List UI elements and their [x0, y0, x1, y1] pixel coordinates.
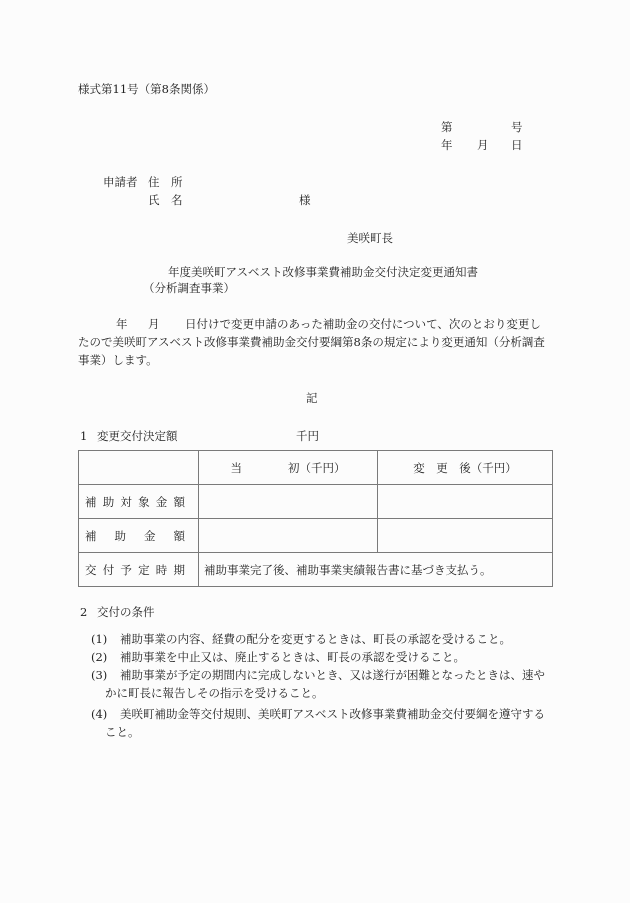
- condition-4-text-line2: こと。: [105, 725, 140, 739]
- row-label-subsidy-target: 補 助 対 象 金 額: [79, 485, 199, 519]
- table-row: 補 助 金 額: [79, 519, 553, 553]
- label-char: 定: [138, 562, 150, 578]
- table-row: 補 助 対 象 金 額: [79, 485, 553, 519]
- condition-3-number: (3): [91, 668, 107, 682]
- cell-target-original[interactable]: [199, 485, 378, 519]
- label-char: 時: [156, 562, 168, 578]
- label-char: 助: [103, 494, 115, 510]
- body-year: 年: [116, 317, 128, 331]
- name-label: 氏 名: [148, 193, 183, 207]
- cell-target-changed[interactable]: [378, 485, 553, 519]
- cell-amount-original[interactable]: [199, 519, 378, 553]
- body-line2: たので美咲町アスベスト改修事業費補助金交付要綱第8条の規定により変更通知（分析調…: [78, 335, 545, 349]
- label-char: 金: [144, 528, 156, 544]
- doc-number-go: 号: [511, 120, 523, 134]
- table-header-blank: [79, 451, 199, 485]
- body-line1: 日付けで変更申請のあった補助金の交付について、次のとおり変更し: [185, 317, 541, 331]
- condition-2-number: (2): [91, 650, 107, 664]
- issuer: 美咲町長: [347, 231, 393, 245]
- label-char: 金: [156, 494, 168, 510]
- label-char: 額: [173, 494, 185, 510]
- row-label-payment-schedule: 交 付 予 定 時 期: [79, 553, 199, 587]
- cell-payment-schedule: 補助事業完了後、補助事業実績報告書に基づき支払う。: [199, 553, 553, 587]
- label-char: 象: [138, 494, 150, 510]
- section1-number: 1: [80, 429, 87, 443]
- section1-unit: 千円: [296, 429, 319, 443]
- form-number: 様式第11号（第8条関係）: [78, 82, 215, 96]
- date-year: 年: [441, 138, 453, 152]
- row-label-subsidy-amount: 補 助 金 額: [79, 519, 199, 553]
- table-row: 交 付 予 定 時 期 補助事業完了後、補助事業実績報告書に基づき支払う。: [79, 553, 553, 587]
- body-line3: 事業）します。: [78, 353, 158, 367]
- label-char: 交: [85, 562, 97, 578]
- condition-2-text: 補助事業を中止又は、廃止するときは、町長の承認を受けること。: [120, 650, 465, 664]
- date-month: 月: [477, 138, 489, 152]
- doc-number-dai: 第: [441, 120, 453, 134]
- condition-3-text-line1: 補助事業が予定の期間内に完成しないとき、又は遂行が困難となったときは、速や: [120, 668, 545, 682]
- cell-amount-changed[interactable]: [378, 519, 553, 553]
- label-char: 助: [115, 528, 127, 544]
- ki-heading: 記: [306, 391, 318, 405]
- label-char: 補: [85, 494, 97, 510]
- section2-title: 交付の条件: [97, 605, 155, 619]
- condition-3-text-line2: かに町長に報告しその指示を受けること。: [105, 686, 324, 700]
- condition-4-text-line1: 美咲町補助金等交付規則、美咲町アスベスト改修事業費補助金交付要綱を遵守する: [120, 707, 545, 721]
- table-header-changed: 変 更 後（千円）: [378, 451, 553, 485]
- condition-4-number: (4): [91, 707, 107, 721]
- table-header-original: 当 初（千円）: [199, 451, 378, 485]
- label-char: 期: [173, 562, 185, 578]
- section1-title: 変更交付決定額: [97, 429, 178, 443]
- section2-number: 2: [80, 605, 87, 619]
- body-month: 月: [148, 317, 160, 331]
- label-char: 補: [85, 528, 97, 544]
- document-title: 年度美咲町アスベスト改修事業費補助金交付決定変更通知書: [168, 265, 478, 279]
- label-char: 対: [120, 494, 132, 510]
- document-subtitle: （分析調査事業）: [143, 281, 235, 295]
- table-header-row: 当 初（千円） 変 更 後（千円）: [79, 451, 553, 485]
- label-char: 付: [103, 562, 115, 578]
- condition-1-number: (1): [91, 632, 107, 646]
- applicant-label: 申請者: [103, 175, 138, 189]
- condition-1-text: 補助事業の内容、経費の配分を変更するときは、町長の承認を受けること。: [120, 632, 511, 646]
- amount-table: 当 初（千円） 変 更 後（千円） 補 助 対 象 金 額 補 助 金 額 交 …: [78, 450, 553, 587]
- honorific: 様: [299, 193, 311, 207]
- address-label: 住 所: [148, 175, 183, 189]
- label-char: 額: [174, 528, 186, 544]
- date-day: 日: [511, 138, 523, 152]
- label-char: 予: [120, 562, 132, 578]
